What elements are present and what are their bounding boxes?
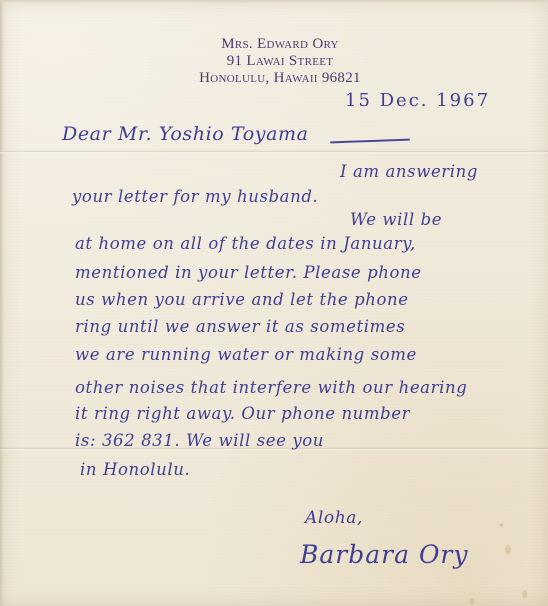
paper-stain [522,590,527,598]
letterhead-name: Mrs. Edward Ory [12,36,548,53]
paper-stain [500,523,503,527]
body-line: at home on all of the dates in January, [75,234,416,253]
body-line: it ring right away. Our phone number [75,404,410,423]
salutation: Dear Mr. Yoshio Toyama [62,123,309,145]
paper-stain [505,545,511,554]
fold-crease-upper [0,150,548,154]
closing: Aloha, [305,508,363,528]
body-line: us when you arrive and let the phone [75,290,409,309]
paper-edge-top [0,0,548,3]
salutation-dash [330,139,410,144]
body-line: We will be [350,210,442,229]
body-line: your letter for my husband. [72,187,318,206]
letter-date: 15 Dec. 1967 [345,90,490,111]
body-line: I am answering [340,162,478,181]
paper-stain [470,598,474,604]
letterhead-street: 91 Lawai Street [12,53,548,70]
letterhead-city: Honolulu, Hawaii 96821 [12,70,548,87]
letterhead: Mrs. Edward Ory 91 Lawai Street Honolulu… [0,36,548,87]
letter-page: Mrs. Edward Ory 91 Lawai Street Honolulu… [0,0,548,606]
body-line: in Honolulu. [80,460,190,479]
body-line: other noises that interfere with our hea… [75,378,467,397]
body-line: ring until we answer it as sometimes [75,317,405,336]
signature: Barbara Ory [300,540,469,569]
body-line-phone-number: is: 362 831. We will see you [75,431,324,450]
body-line: we are running water or making some [75,345,417,364]
paper-edge-left [0,0,4,606]
body-line: mentioned in your letter. Please phone [75,263,422,282]
